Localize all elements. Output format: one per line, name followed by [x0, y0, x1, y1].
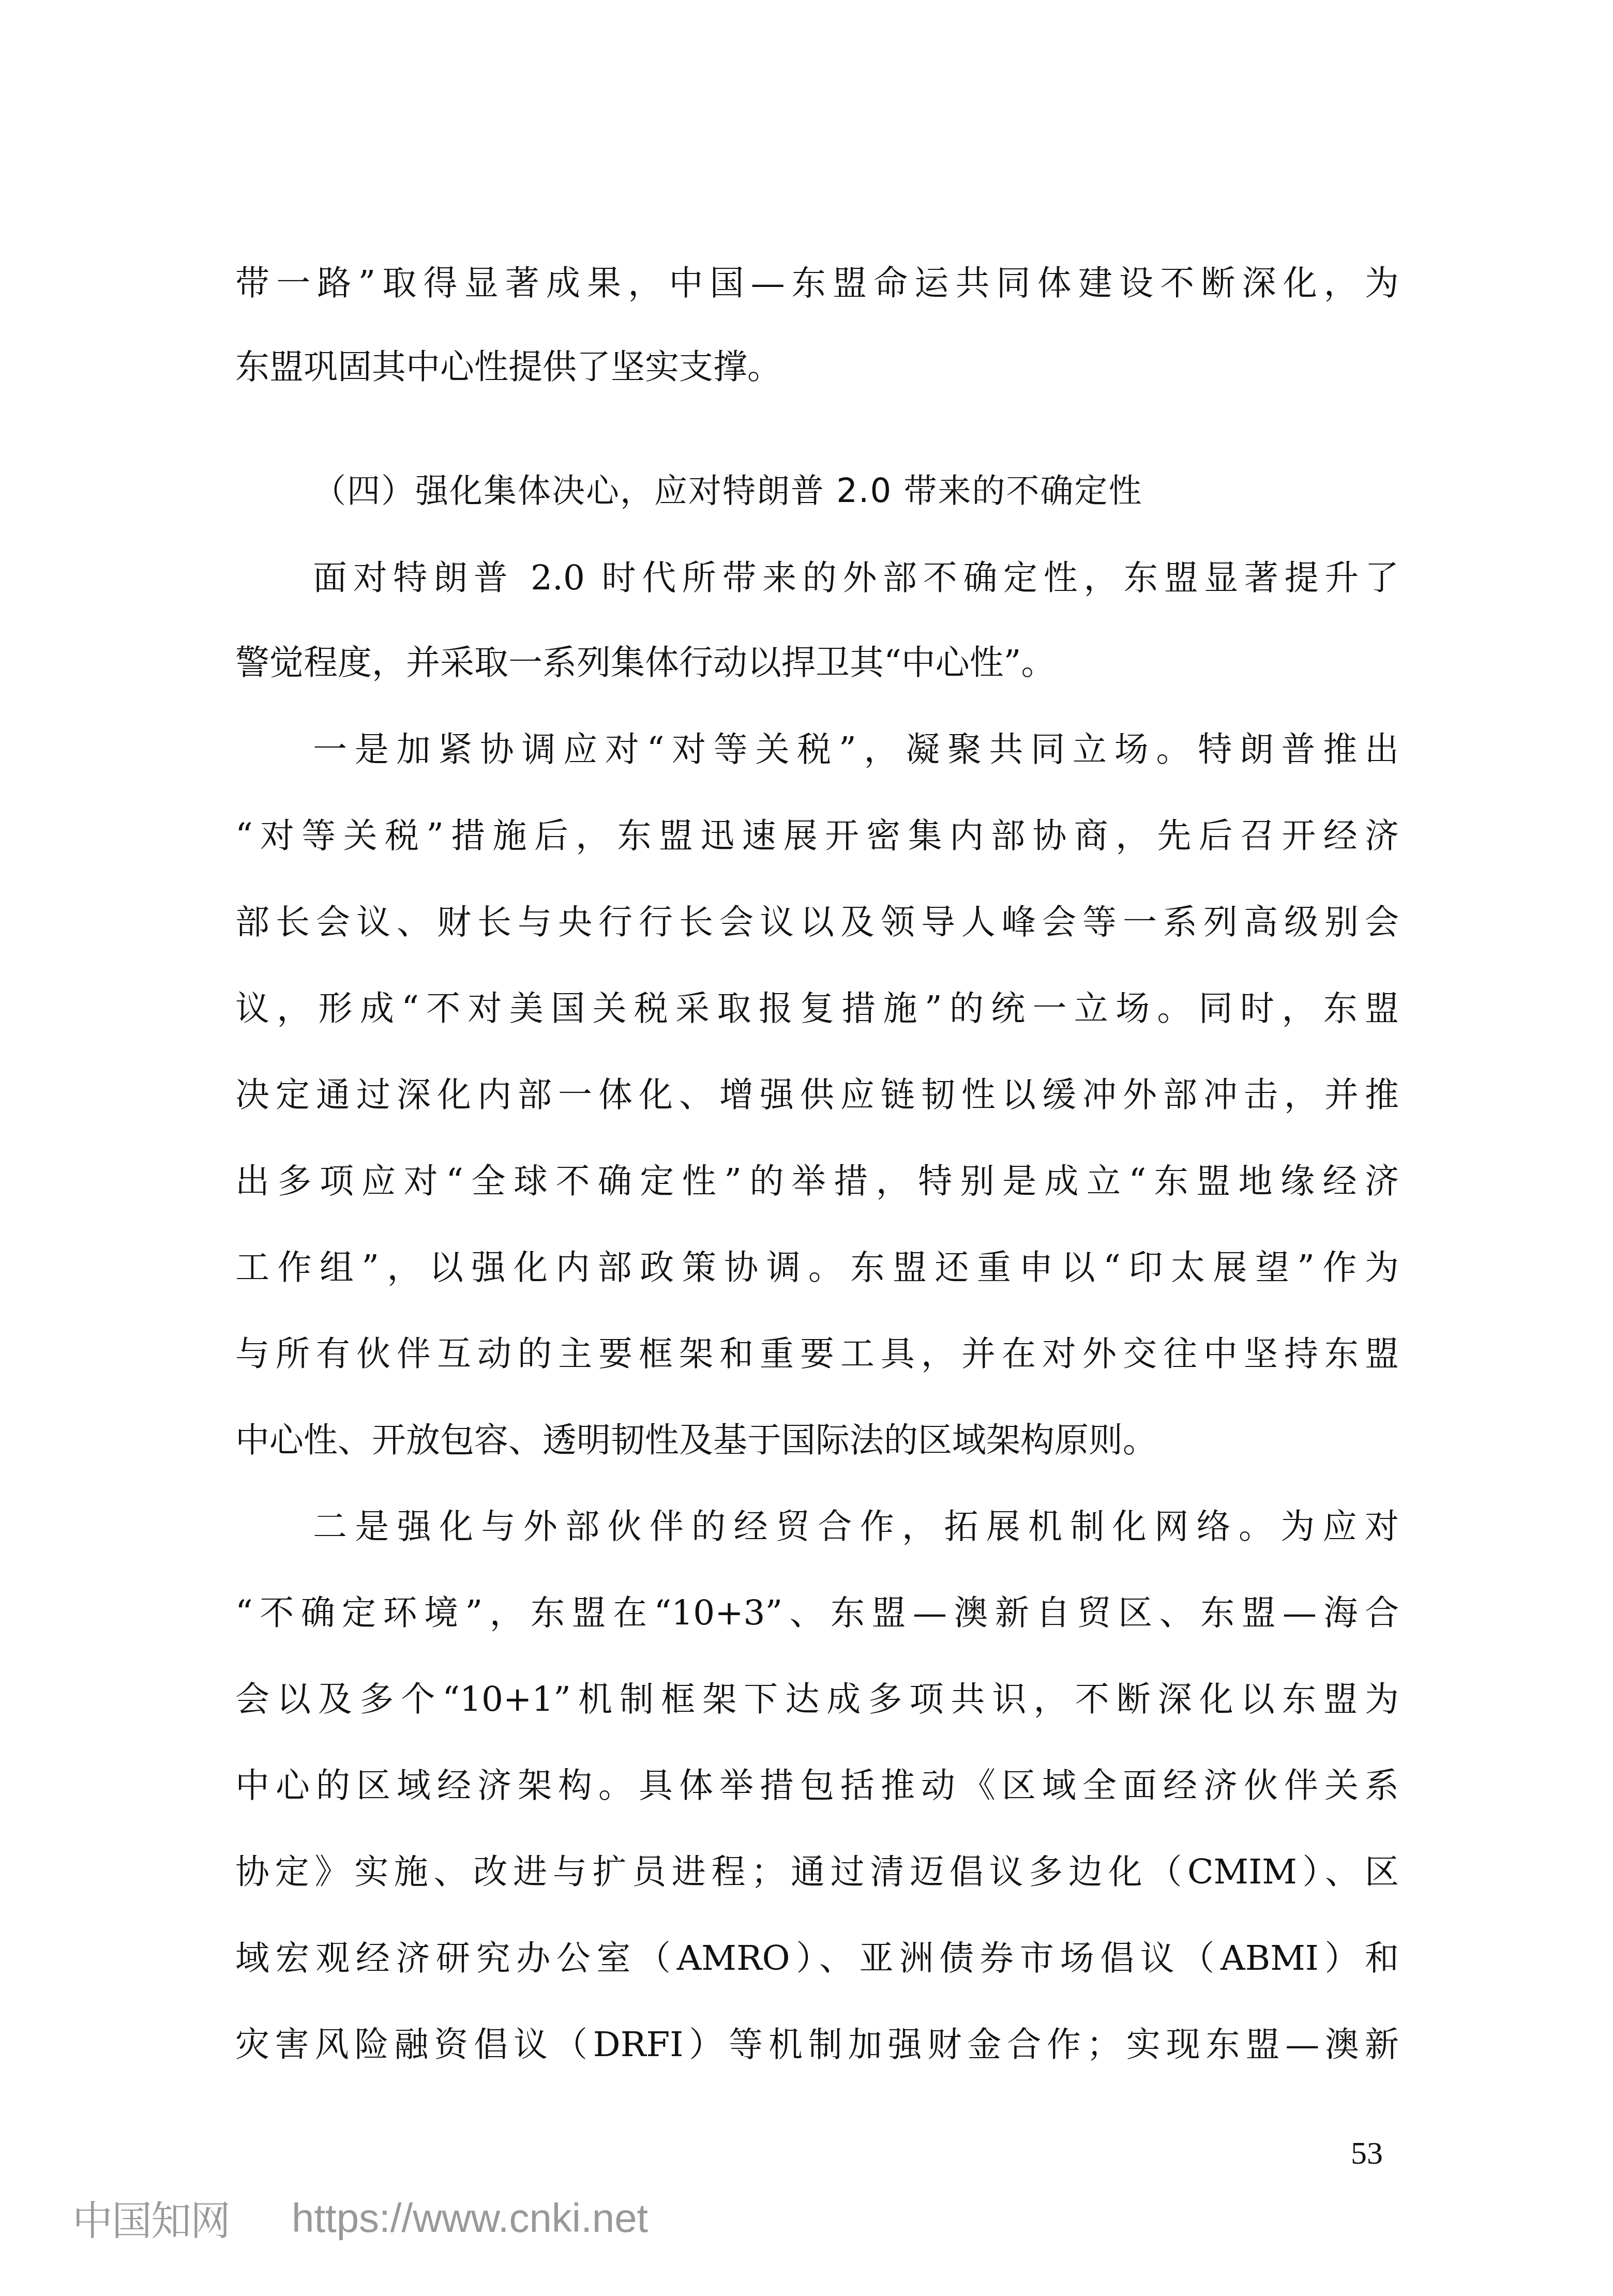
body-line: “不确定环境”，东盟在“10+3”、东盟—澳新自贸区、东盟—海合	[235, 1592, 1399, 1634]
body-line: 中心的区域经济架构。具体举措包括推动《区域全面经济伙伴关系	[235, 1765, 1399, 1806]
body-line: 域宏观经济研究办公室（AMRO）、亚洲债券市场倡议（ABMI）和	[235, 1938, 1399, 1979]
body-line: 与所有伙伴互动的主要框架和重要工具，并在对外交往中坚持东盟	[235, 1333, 1399, 1375]
cnki-watermark: 中国知网 https://www.cnki.net	[72, 2192, 648, 2244]
page-number: 53	[1351, 2135, 1383, 2171]
body-line: 工作组”，以强化内部政策协调。东盟还重申以“印太展望”作为	[235, 1247, 1399, 1288]
body-line: 一是加紧协调应对“对等关税”，凝聚共同立场。特朗普推出	[313, 729, 1399, 770]
body-line: 中心性、开放包容、透明韧性及基于国际法的区域架构原则。	[235, 1420, 1399, 1461]
watermark-url[interactable]: https://www.cnki.net	[292, 2195, 648, 2242]
body-line: 会以及多个“10+1”机制框架下达成多项共识，不断深化以东盟为	[235, 1679, 1399, 1720]
body-line: 二是强化与外部伙伴的经贸合作，拓展机制化网络。为应对	[313, 1506, 1399, 1547]
watermark-brand: 中国知网	[72, 2189, 230, 2247]
body-line: 协定》实施、改进与扩员进程；通过清迈倡议多边化（CMIM）、区	[235, 1851, 1399, 1893]
section-heading: （四）强化集体决心，应对特朗普 2.0 带来的不确定性	[313, 470, 1142, 512]
body-line: 出多项应对“全球不确定性”的举措，特别是成立“东盟地缘经济	[235, 1161, 1399, 1202]
body-line: 部长会议、财长与央行行长会议以及领导人峰会等一系列高级别会	[235, 902, 1399, 943]
body-line: 面对特朗普 2.0 时代所带来的外部不确定性，东盟显著提升了	[313, 557, 1399, 599]
document-page: 带一路”取得显著成果，中国—东盟命运共同体建设不断深化，为 东盟巩固其中心性提供…	[0, 0, 1613, 2296]
body-line: 决定通过深化内部一体化、增强供应链韧性以缓冲外部冲击，并推	[235, 1074, 1399, 1116]
body-line: 带一路”取得显著成果，中国—东盟命运共同体建设不断深化，为	[235, 263, 1399, 304]
body-line: 警觉程度，并采取一系列集体行动以捍卫其“中心性”。	[235, 642, 1399, 683]
body-line: 议，形成“不对美国关税采取报复措施”的统一立场。同时，东盟	[235, 988, 1399, 1029]
body-line: 东盟巩固其中心性提供了坚实支撑。	[235, 346, 1399, 388]
body-line: 灾害风险融资倡议（DRFI）等机制加强财金合作；实现东盟—澳新	[235, 2024, 1399, 2065]
body-line: “对等关税”措施后，东盟迅速展开密集内部协商，先后召开经济	[235, 815, 1399, 857]
